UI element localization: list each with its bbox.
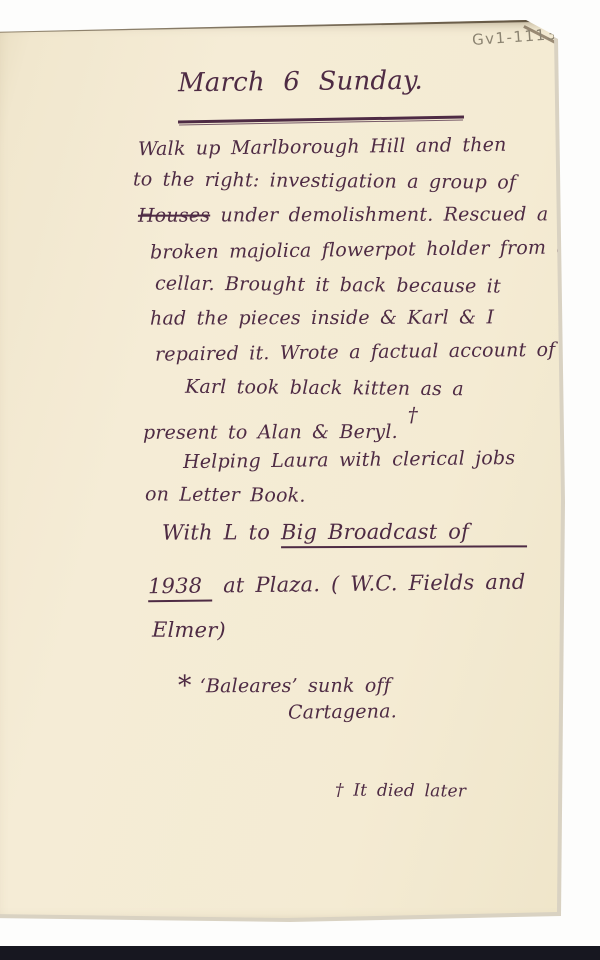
diary-page: Gv1-1113 March 6 Sunday. Walk up Marlbor… <box>0 18 580 926</box>
underlined-film-title: Big Broadcast of <box>281 519 527 548</box>
diary-line-plaza: 1938 at Plaza. ( W.C. Fields and <box>148 569 526 600</box>
underlined-year: 1938 <box>148 574 213 603</box>
diary-line-broken: broken majolica flowerpot holder from a <box>150 236 568 265</box>
scan-bottom-edge-strip <box>0 946 600 960</box>
diary-line-plaza-rest: at Plaza. ( W.C. Fields and <box>212 570 525 598</box>
archive-reference: Gv1-1113 <box>471 25 558 49</box>
diary-line-cellar: cellar. Brought it back because it <box>155 272 501 299</box>
diary-line-repaired: repaired it. Wrote a factual account of … <box>155 338 586 367</box>
diary-line-present-text: present to Alan & Beryl. <box>143 421 398 444</box>
dagger-footnote-text: It died later <box>344 781 467 802</box>
star-note-line2: Cartagena. <box>288 700 397 725</box>
diary-line-broadcast: With L to Big Broadcast of <box>162 518 527 546</box>
diary-line-letterbook: on Letter Book. <box>145 483 306 508</box>
dagger-footnote-symbol: † <box>335 780 344 800</box>
diary-line-kitten: Karl took black kitten as a <box>185 376 464 402</box>
star-note-text: ‘Baleares’ sunk off <box>200 675 391 698</box>
star-note-line1: *‘Baleares’ sunk off <box>178 667 391 701</box>
diary-line-right: to the right: investigation a group of <box>133 168 516 195</box>
title-underline <box>178 116 464 123</box>
diary-line-present: present to Alan & Beryl.† <box>143 412 418 446</box>
dagger-footnote-marker: † <box>408 403 418 427</box>
entry-date-title: March 6 Sunday. <box>178 65 423 100</box>
diary-line-pieces: had the pieces inside & Karl & I <box>150 306 494 331</box>
struck-word: Houses <box>138 204 210 226</box>
diary-line-broadcast-lead: With L to <box>162 520 281 544</box>
dagger-footnote: † It died later <box>335 780 466 802</box>
diary-line-houses: Houses under demolishment. Rescued a <box>138 203 549 228</box>
diary-line-houses-rest: under demolishment. Rescued a <box>210 203 548 226</box>
scan-background: Gv1-1113 March 6 Sunday. Walk up Marlbor… <box>0 0 600 960</box>
diary-line-elmer: Elmer) <box>152 617 226 644</box>
page-top-edge <box>0 19 534 32</box>
diary-page-wrap: Gv1-1113 March 6 Sunday. Walk up Marlbor… <box>0 18 580 926</box>
asterisk-note-marker: * <box>178 670 192 701</box>
diary-line-helping: Helping Laura with clerical jobs <box>183 447 516 475</box>
diary-line-walk: Walk up Marlborough Hill and then <box>138 134 507 162</box>
